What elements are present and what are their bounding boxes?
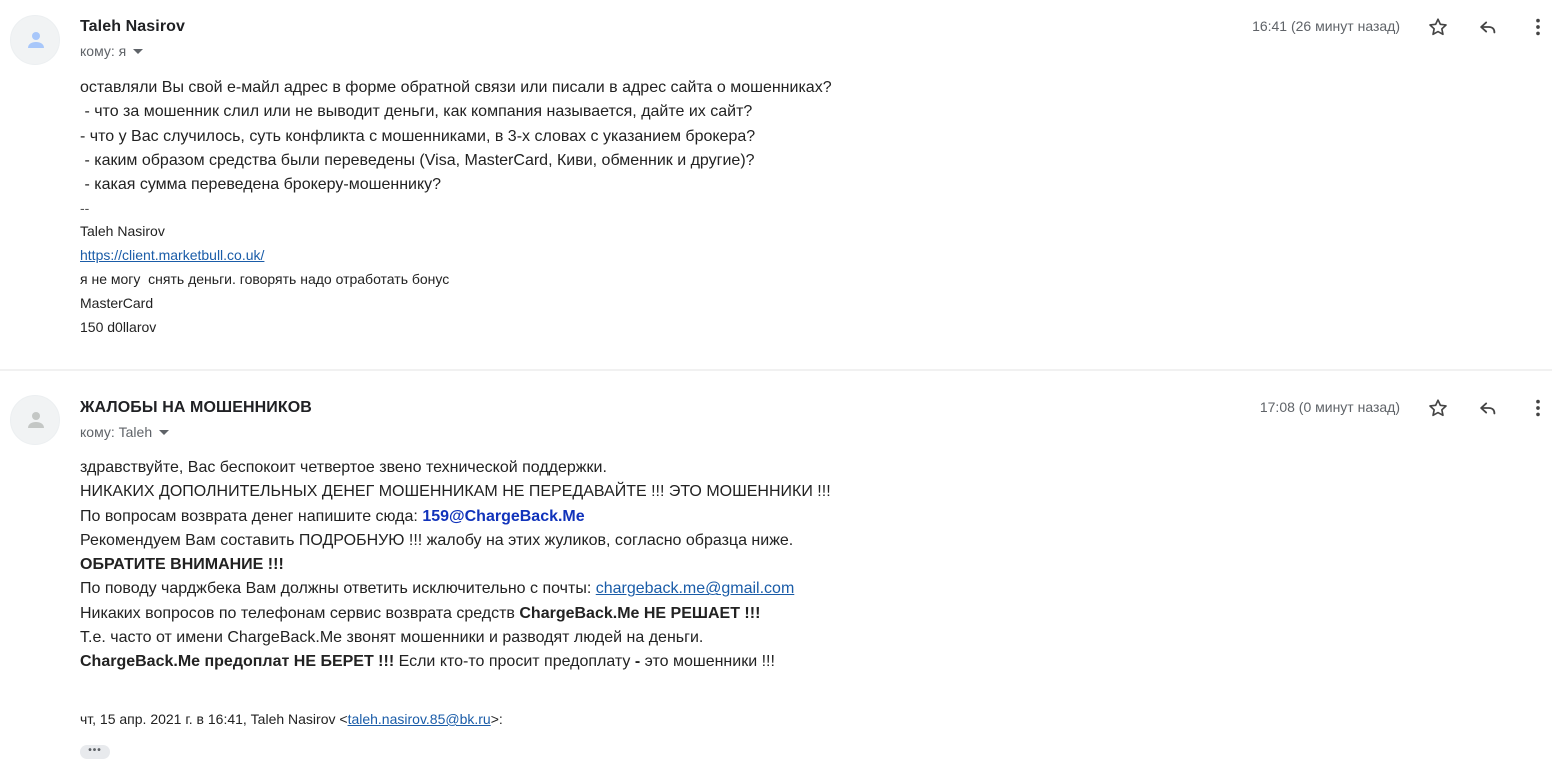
- sender-avatar[interactable]: [10, 15, 60, 65]
- star-icon: [1427, 16, 1449, 38]
- attention-line: ОБРАТИТЕ ВНИМАНИЕ !!!: [80, 553, 831, 577]
- person-icon: [24, 408, 48, 432]
- sender-name[interactable]: Taleh Nasirov: [80, 18, 185, 36]
- quoted-sender-email-link[interactable]: taleh.nasirov.85@bk.ru: [348, 711, 491, 727]
- show-trimmed-content-button[interactable]: •••: [80, 745, 110, 759]
- body-line: Рекомендуем Вам составить ПОДРОБНУЮ !!! …: [80, 529, 831, 553]
- body-line: - каким образом средства были переведены…: [80, 149, 832, 173]
- sender-name[interactable]: ЖАЛОБЫ НА МОШЕННИКОВ: [80, 399, 312, 417]
- more-options-button[interactable]: [1526, 15, 1550, 39]
- star-button[interactable]: [1426, 15, 1450, 39]
- body-line: - что у Вас случилось, суть конфликта с …: [80, 125, 832, 149]
- quoted-message-header: чт, 15 апр. 2021 г. в 16:41, Taleh Nasir…: [80, 711, 503, 727]
- body-line: - что за мошенник слил или не выводит де…: [80, 100, 832, 124]
- body-line: - какая сумма переведена брокеру-мошенни…: [80, 173, 832, 197]
- message-time: 16:41 (26 минут назад): [1252, 18, 1400, 34]
- answer-line: 150 d0llarov: [80, 315, 832, 339]
- body-line: оставляли Вы свой е-майл адрес в форме о…: [80, 76, 832, 100]
- answer-line: MasterCard: [80, 291, 832, 315]
- reply-icon: [1477, 397, 1499, 419]
- chevron-down-icon[interactable]: [159, 430, 169, 435]
- answer-line: я не могу снять деньги. говорять надо от…: [80, 267, 832, 291]
- person-icon: [24, 28, 48, 52]
- ellipsis-icon: •••: [88, 746, 102, 756]
- email-message-2: ЖАЛОБЫ НА МОШЕННИКОВ кому: Taleh 17:08 (…: [0, 371, 1552, 765]
- body-line: Никаких вопросов по телефонам сервис воз…: [80, 602, 831, 626]
- body-line: ChargeBack.Me предоплат НЕ БЕРЕТ !!! Есл…: [80, 650, 831, 674]
- chargeback-email-link[interactable]: chargeback.me@gmail.com: [596, 580, 795, 597]
- chevron-down-icon[interactable]: [133, 49, 143, 54]
- body-text: это мошенники !!!: [640, 653, 775, 670]
- body-text: Если кто-то просит предоплату: [394, 653, 635, 670]
- body-line: здравствуйте, Вас беспокоит четвертое зв…: [80, 456, 831, 480]
- message-time: 17:08 (0 минут назад): [1260, 399, 1400, 415]
- body-line: Т.е. часто от имени ChargeBack.Me звонят…: [80, 626, 831, 650]
- support-email: 159@ChargeBack.Me: [422, 508, 584, 525]
- recipient-details[interactable]: кому: я: [80, 43, 143, 59]
- body-line: НИКАКИХ ДОПОЛНИТЕЛЬНЫХ ДЕНЕГ МОШЕННИКАМ …: [80, 480, 831, 504]
- star-icon: [1427, 397, 1449, 419]
- website-link[interactable]: https://client.marketbull.co.uk/: [80, 243, 832, 267]
- more-vert-icon: [1527, 397, 1549, 419]
- star-button[interactable]: [1426, 396, 1450, 420]
- quote-suffix: >:: [491, 711, 503, 727]
- body-line: По поводу чарджбека Вам должны ответить …: [80, 577, 831, 601]
- reply-button[interactable]: [1476, 396, 1500, 420]
- more-vert-icon: [1527, 16, 1549, 38]
- quote-prefix: чт, 15 апр. 2021 г. в 16:41, Taleh Nasir…: [80, 711, 348, 727]
- signature-name: Taleh Nasirov: [80, 219, 832, 243]
- message-body: здравствуйте, Вас беспокоит четвертое зв…: [80, 456, 831, 675]
- body-text: По вопросам возврата денег напишите сюда…: [80, 508, 422, 525]
- more-options-button[interactable]: [1526, 396, 1550, 420]
- body-line: По вопросам возврата денег напишите сюда…: [80, 505, 831, 529]
- body-text: Никаких вопросов по телефонам сервис воз…: [80, 605, 519, 622]
- recipient-label: кому: Taleh: [80, 424, 152, 440]
- recipient-label: кому: я: [80, 43, 126, 59]
- reply-icon: [1477, 16, 1499, 38]
- sender-avatar[interactable]: [10, 395, 60, 445]
- recipient-details[interactable]: кому: Taleh: [80, 424, 169, 440]
- email-message-1: Taleh Nasirov кому: я 16:41 (26 минут на…: [0, 0, 1552, 370]
- reply-button[interactable]: [1476, 15, 1500, 39]
- bold-text: ChargeBack.Me предоплат НЕ БЕРЕТ !!!: [80, 653, 394, 670]
- signature-separator: --: [80, 197, 832, 219]
- message-body: оставляли Вы свой е-майл адрес в форме о…: [80, 76, 832, 339]
- bold-text: ChargeBack.Me НЕ РЕШАЕТ !!!: [519, 605, 760, 622]
- body-text: По поводу чарджбека Вам должны ответить …: [80, 580, 596, 597]
